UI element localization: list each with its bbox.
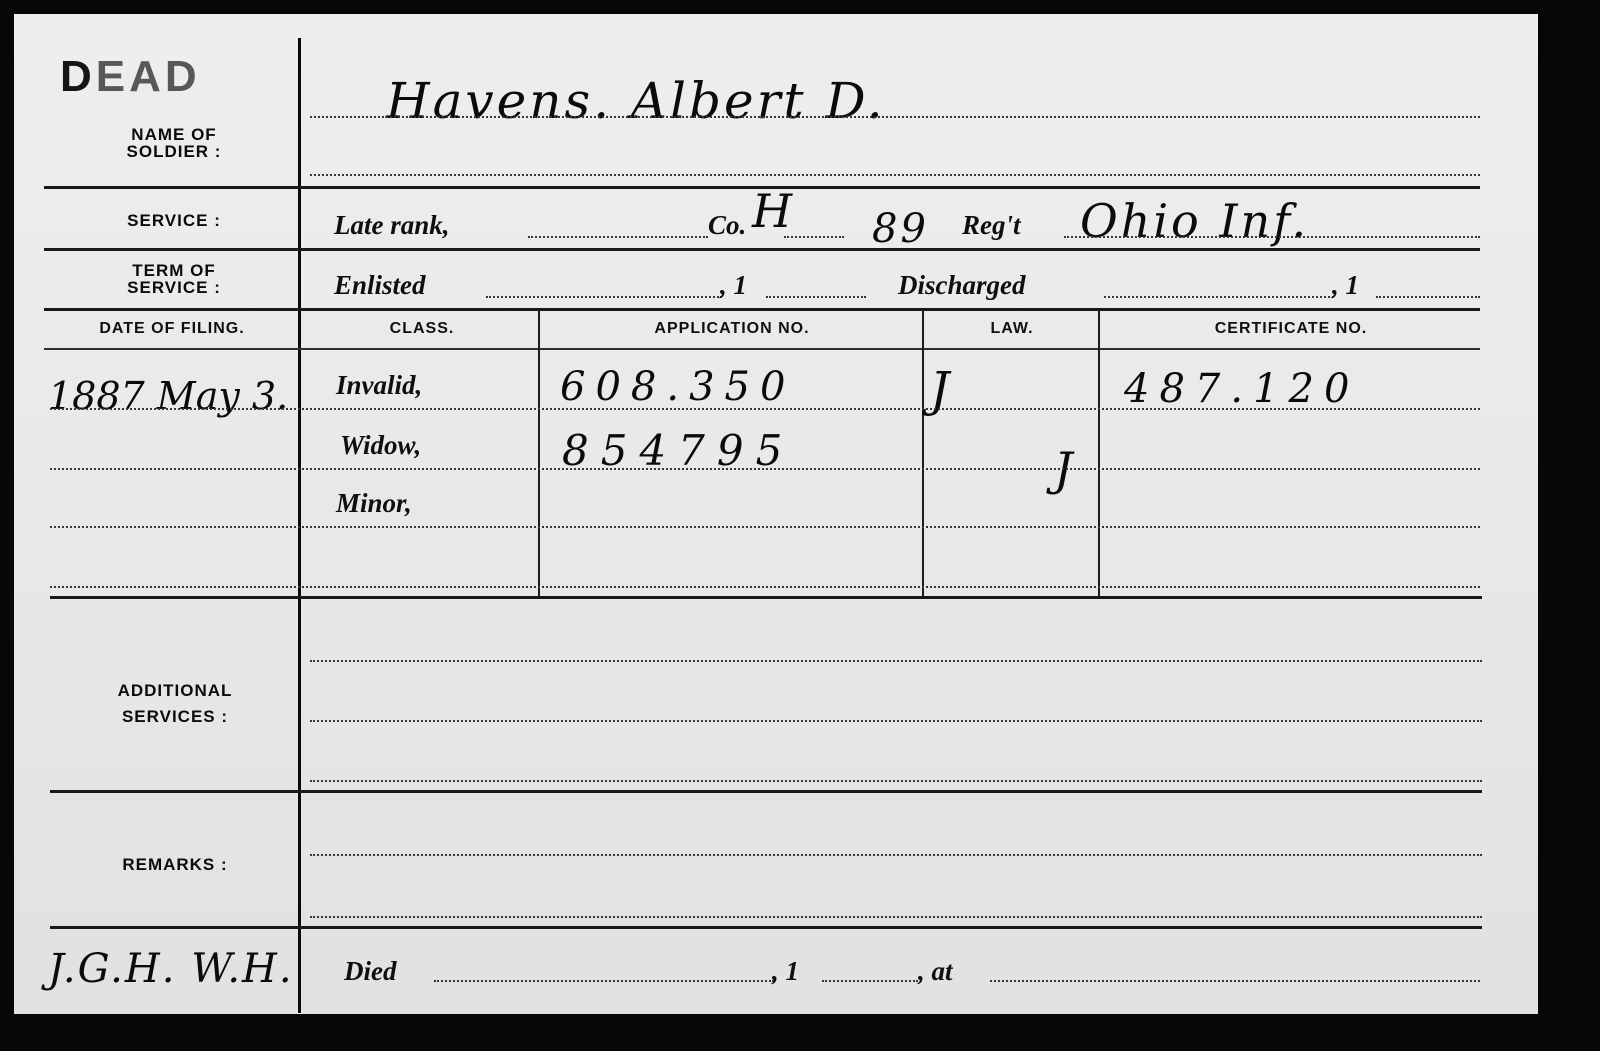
certificate-no-invalid: 487.120 xyxy=(1124,366,1359,412)
additional-dotted-line-1 xyxy=(310,660,1482,662)
remarks-dotted-line-2 xyxy=(310,916,1482,918)
rule-after-service xyxy=(44,248,1480,251)
row-minor-dotted-line xyxy=(50,526,1480,528)
regiment-number: 89 xyxy=(872,206,929,252)
additional-dotted-line-2 xyxy=(310,720,1482,722)
regiment-dotted-line xyxy=(1064,236,1480,238)
pension-index-card: DEAD NAME OF SOLDIER : Havens. Albert D.… xyxy=(14,14,1538,1014)
remarks-dotted-line-1 xyxy=(310,854,1482,856)
dead-stamp: DEAD xyxy=(60,52,201,102)
company-dotted-line xyxy=(784,236,844,238)
died-label: Died xyxy=(344,956,396,987)
enlisted-label: Enlisted xyxy=(334,270,426,301)
name-of-soldier-label: NAME OF SOLDIER : xyxy=(84,126,264,160)
additional-dotted-line-3 xyxy=(310,780,1482,782)
term-of-service-label: TERM OF SERVICE : xyxy=(84,262,264,296)
name-dotted-line xyxy=(310,116,1480,118)
clerk-initials: J.G.H. W.H. xyxy=(48,946,294,992)
company-value: H xyxy=(752,184,795,238)
rule-after-table-header xyxy=(44,348,1480,350)
col-divider-app-law xyxy=(922,310,924,598)
class-invalid: Invalid, xyxy=(336,370,422,401)
enlisted-year-dotted-line xyxy=(766,296,866,298)
discharged-label: Discharged xyxy=(898,270,1026,301)
name-dotted-line-2 xyxy=(310,174,1480,176)
discharged-year: , 1 xyxy=(1332,270,1359,301)
enlisted-dotted-line xyxy=(486,296,722,298)
late-rank-dotted-line xyxy=(528,236,708,238)
died-at-label: , at xyxy=(918,956,953,987)
header-date-of-filing: DATE OF FILING. xyxy=(50,320,294,338)
rule-after-remarks xyxy=(50,926,1482,929)
col-divider-class-app xyxy=(538,310,540,598)
row-widow-dotted-line xyxy=(50,468,1480,470)
regiment-label: Reg't xyxy=(962,210,1021,241)
died-year-prefix: , 1 xyxy=(772,956,799,987)
rule-after-table xyxy=(50,596,1482,599)
discharged-dotted-line xyxy=(1104,296,1334,298)
remarks-label: REMARKS : xyxy=(80,856,270,873)
died-date-dotted-line xyxy=(434,980,774,982)
class-widow: Widow, xyxy=(340,430,421,461)
application-no-invalid: 608.350 xyxy=(560,364,795,410)
discharged-year-dotted-line xyxy=(1376,296,1480,298)
regiment-value: Ohio Inf. xyxy=(1080,194,1309,248)
class-minor: Minor, xyxy=(336,488,412,519)
died-place-dotted-line xyxy=(990,980,1480,982)
service-label: SERVICE : xyxy=(84,212,264,229)
enlisted-year: , 1 xyxy=(720,270,747,301)
header-class: CLASS. xyxy=(304,320,540,338)
row-invalid-dotted-line xyxy=(50,408,1480,410)
row-blank-dotted-line xyxy=(50,586,1480,588)
rule-after-additional xyxy=(50,790,1482,793)
company-label: Co. xyxy=(708,210,746,241)
header-certificate-no: CERTIFICATE NO. xyxy=(1102,320,1480,338)
header-application-no: APPLICATION NO. xyxy=(542,320,922,338)
rule-before-table-header xyxy=(44,308,1480,311)
died-year-dotted-line xyxy=(822,980,918,982)
additional-services-label: ADDITIONAL SERVICES : xyxy=(80,678,270,730)
header-law: LAW. xyxy=(926,320,1098,338)
soldier-name: Havens. Albert D. xyxy=(386,72,886,130)
col-divider-law-cert xyxy=(1098,310,1100,598)
late-rank-label: Late rank, xyxy=(334,210,450,241)
filing-date: 1887 May 3. xyxy=(48,374,288,418)
